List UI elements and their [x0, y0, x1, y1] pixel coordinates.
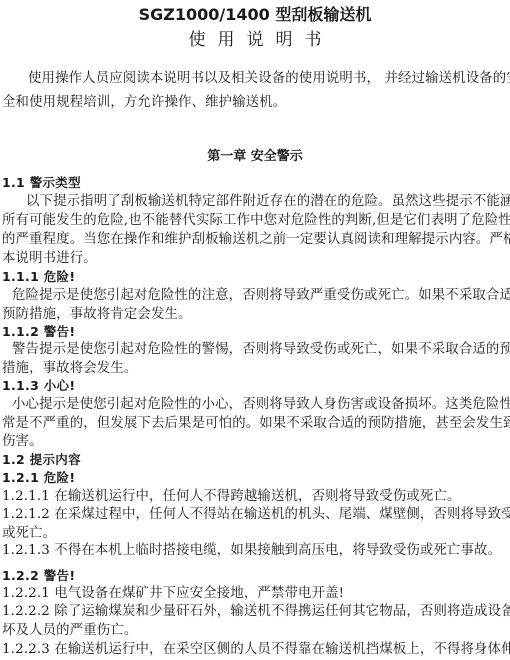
- paragraph-line: 伤害。: [2, 433, 43, 451]
- paragraph-line: 警告提示是使您引起对危险性的警惕，否则将导致受伤或死亡，如果不采取合适的预防: [12, 341, 510, 359]
- list-item: 1.2.1.2 在采煤过程中，任何人不得站在输送机的机头、尾端、煤壁侧，否则将导…: [2, 506, 510, 524]
- section-heading: 1.2 提示内容: [2, 451, 81, 469]
- paragraph-line: 所有可能发生的危险,也不能替代实际工作中您对危险性的判断,但是它们表明了危险性: [2, 212, 510, 230]
- list-item: 1.2.2.2 除了运输煤炭和少量矸石外，输送机不得携运任何其它物品，否则将造成…: [2, 603, 510, 621]
- document-title: SGZ1000/1400 型刮板输送机: [0, 6, 510, 24]
- document-subtitle: 使用说明书: [6, 31, 510, 49]
- list-item: 或死亡。: [2, 525, 56, 543]
- intro-line-1: 使用操作人员应阅读本说明书以及相关设备的使用说明书， 并经过输送机设备的安: [28, 70, 510, 88]
- subsection-heading: 1.1.2 警告!: [2, 323, 75, 341]
- list-item: 1.2.2.1 电气设备在煤矿井下应安全接地，严禁带电开盖!: [2, 585, 344, 603]
- paragraph-line: 的严重程度。当您在操作和维护刮板输送机之前一定要认真阅读和理解提示内容。严格按: [2, 231, 510, 249]
- paragraph-line: 预防措施，事故将肯定会发生。: [2, 306, 192, 324]
- list-item: 1.2.2.3 在输送机运行中，在采空区侧的人员不得靠在输送机挡煤板上，不得将身…: [2, 641, 510, 659]
- paragraph-line: 措施，事故将会发生。: [2, 360, 137, 378]
- paragraph-line: 以下提示指明了刮板输送机特定部件附近存在的潜在的危险。虽然这些提示不能涵概: [26, 193, 510, 211]
- list-item: 1.2.1.3 不得在本机上临时搭接电缆，如果接触到高压电，将导致受伤或死亡事故…: [2, 542, 501, 560]
- chapter-title: 第一章 安全警示: [0, 148, 510, 166]
- list-item: 坏及人员的严重伤亡。: [2, 622, 137, 640]
- paragraph-line: 危险提示是使您引起对危险性的注意，否则将导致严重受伤或死亡。如果不采取合适的: [12, 287, 510, 305]
- intro-line-2: 全和使用规程培训，方允许操作、维护输送机。: [2, 94, 286, 112]
- subsection-heading: 1.1.1 危险!: [2, 268, 75, 286]
- paragraph-line: 小心提示是使您引起对危险性的小心，否则将导致人身伤害或设备损坏。这类危险性通: [12, 396, 510, 414]
- subsection-heading: 1.1.3 小心!: [2, 377, 75, 395]
- paragraph-line: 本说明书进行。: [2, 250, 97, 268]
- list-item: 1.2.1.1 在输送机运行中，任何人不得跨越输送机，否则将导致受伤或死亡。: [2, 488, 461, 506]
- paragraph-line: 常是不严重的，但发展下去后果是可怕的。如果不采取合适的预防措施，甚至会发生致命: [2, 415, 510, 433]
- subsection-heading: 1.2.1 危险!: [2, 469, 75, 487]
- section-heading: 1.1 警示类型: [2, 174, 81, 192]
- subsection-heading: 1.2.2 警告!: [2, 567, 75, 585]
